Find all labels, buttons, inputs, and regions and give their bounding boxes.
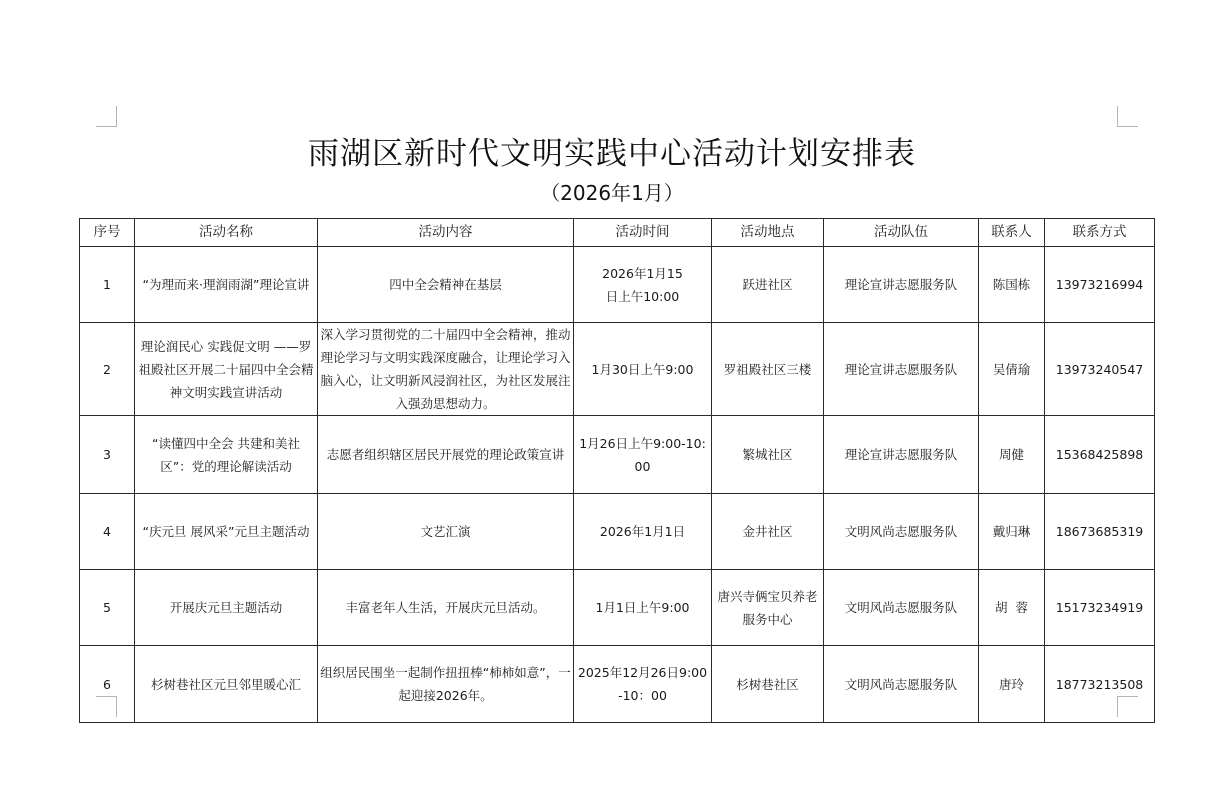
table-row: 5 开展庆元旦主题活动 丰富老年人生活，开展庆元旦活动。 1月1日上午9:00 … bbox=[80, 570, 1155, 646]
document-title: 雨湖区新时代文明实践中心活动计划安排表 bbox=[0, 128, 1224, 173]
cell-name: “庆元旦 展风采”元旦主题活动 bbox=[135, 494, 318, 570]
cell-team: 理论宣讲志愿服务队 bbox=[824, 323, 979, 416]
table-row: 6 杉树巷社区元旦邻里暖心汇 组织居民围坐一起制作扭扭棒“柿柿如意”，一起迎接2… bbox=[80, 646, 1155, 723]
cell-content: 文艺汇演 bbox=[318, 494, 574, 570]
cell-time: 1月26日上午9:00-10:00 bbox=[574, 416, 712, 494]
cell-contact: 周健 bbox=[979, 416, 1045, 494]
cell-team: 理论宣讲志愿服务队 bbox=[824, 416, 979, 494]
cell-name: 杉树巷社区元旦邻里暖心汇 bbox=[135, 646, 318, 723]
header-no: 序号 bbox=[80, 219, 135, 247]
cell-time: 2026年1月15日上午10:00 bbox=[574, 247, 712, 323]
table-row: 4 “庆元旦 展风采”元旦主题活动 文艺汇演 2026年1月1日 金井社区 文明… bbox=[80, 494, 1155, 570]
cell-place: 唐兴寺俩宝贝养老服务中心 bbox=[712, 570, 824, 646]
cell-no: 6 bbox=[80, 646, 135, 723]
header-activity-name: 活动名称 bbox=[135, 219, 318, 247]
cell-no: 1 bbox=[80, 247, 135, 323]
cell-no: 2 bbox=[80, 323, 135, 416]
cell-time: 2025年12月26日9:00-10：00 bbox=[574, 646, 712, 723]
header-contact-person: 联系人 bbox=[979, 219, 1045, 247]
cell-place: 金井社区 bbox=[712, 494, 824, 570]
page-corner-mark-top-left bbox=[96, 106, 117, 127]
cell-team: 理论宣讲志愿服务队 bbox=[824, 247, 979, 323]
cell-time: 2026年1月1日 bbox=[574, 494, 712, 570]
cell-name: 开展庆元旦主题活动 bbox=[135, 570, 318, 646]
document-subtitle: （2026年1月） bbox=[0, 177, 1224, 206]
table-header-row: 序号 活动名称 活动内容 活动时间 活动地点 活动队伍 联系人 联系方式 bbox=[80, 219, 1155, 247]
cell-contact: 陈国栋 bbox=[979, 247, 1045, 323]
cell-content: 志愿者组织辖区居民开展党的理论政策宣讲 bbox=[318, 416, 574, 494]
cell-team: 文明风尚志愿服务队 bbox=[824, 570, 979, 646]
cell-team: 文明风尚志愿服务队 bbox=[824, 494, 979, 570]
cell-phone: 18773213508 bbox=[1045, 646, 1155, 723]
table-row: 1 “为理而来·理润雨湖”理论宣讲 四中全会精神在基层 2026年1月15日上午… bbox=[80, 247, 1155, 323]
table-row: 3 “读懂四中全会 共建和美社区”：党的理论解读活动 志愿者组织辖区居民开展党的… bbox=[80, 416, 1155, 494]
cell-content: 丰富老年人生活，开展庆元旦活动。 bbox=[318, 570, 574, 646]
cell-phone: 18673685319 bbox=[1045, 494, 1155, 570]
cell-phone: 13973216994 bbox=[1045, 247, 1155, 323]
header-activity-team: 活动队伍 bbox=[824, 219, 979, 247]
cell-content: 深入学习贯彻党的二十届四中全会精神，推动理论学习与文明实践深度融合，让理论学习入… bbox=[318, 323, 574, 416]
cell-no: 3 bbox=[80, 416, 135, 494]
cell-place: 杉树巷社区 bbox=[712, 646, 824, 723]
cell-contact: 戴归琳 bbox=[979, 494, 1045, 570]
cell-place: 罗祖殿社区三楼 bbox=[712, 323, 824, 416]
cell-contact: 吴倩瑜 bbox=[979, 323, 1045, 416]
cell-no: 5 bbox=[80, 570, 135, 646]
cell-name: “读懂四中全会 共建和美社区”：党的理论解读活动 bbox=[135, 416, 318, 494]
cell-contact: 唐玲 bbox=[979, 646, 1045, 723]
cell-contact: 胡 蓉 bbox=[979, 570, 1045, 646]
header-contact-phone: 联系方式 bbox=[1045, 219, 1155, 247]
header-activity-time: 活动时间 bbox=[574, 219, 712, 247]
header-activity-place: 活动地点 bbox=[712, 219, 824, 247]
cell-phone: 15173234919 bbox=[1045, 570, 1155, 646]
page-corner-mark-top-right bbox=[1117, 106, 1138, 127]
cell-name: 理论润民心 实践促文明 ——罗祖殿社区开展二十届四中全会精神文明实践宣讲活动 bbox=[135, 323, 318, 416]
cell-time: 1月1日上午9:00 bbox=[574, 570, 712, 646]
cell-place: 跃进社区 bbox=[712, 247, 824, 323]
table-row: 2 理论润民心 实践促文明 ——罗祖殿社区开展二十届四中全会精神文明实践宣讲活动… bbox=[80, 323, 1155, 416]
activity-plan-table: 序号 活动名称 活动内容 活动时间 活动地点 活动队伍 联系人 联系方式 1 “… bbox=[79, 218, 1155, 723]
cell-name: “为理而来·理润雨湖”理论宣讲 bbox=[135, 247, 318, 323]
cell-time: 1月30日上午9:00 bbox=[574, 323, 712, 416]
cell-no: 4 bbox=[80, 494, 135, 570]
cell-phone: 13973240547 bbox=[1045, 323, 1155, 416]
cell-content: 组织居民围坐一起制作扭扭棒“柿柿如意”，一起迎接2026年。 bbox=[318, 646, 574, 723]
cell-team: 文明风尚志愿服务队 bbox=[824, 646, 979, 723]
cell-phone: 15368425898 bbox=[1045, 416, 1155, 494]
header-activity-content: 活动内容 bbox=[318, 219, 574, 247]
cell-content: 四中全会精神在基层 bbox=[318, 247, 574, 323]
cell-place: 繁城社区 bbox=[712, 416, 824, 494]
